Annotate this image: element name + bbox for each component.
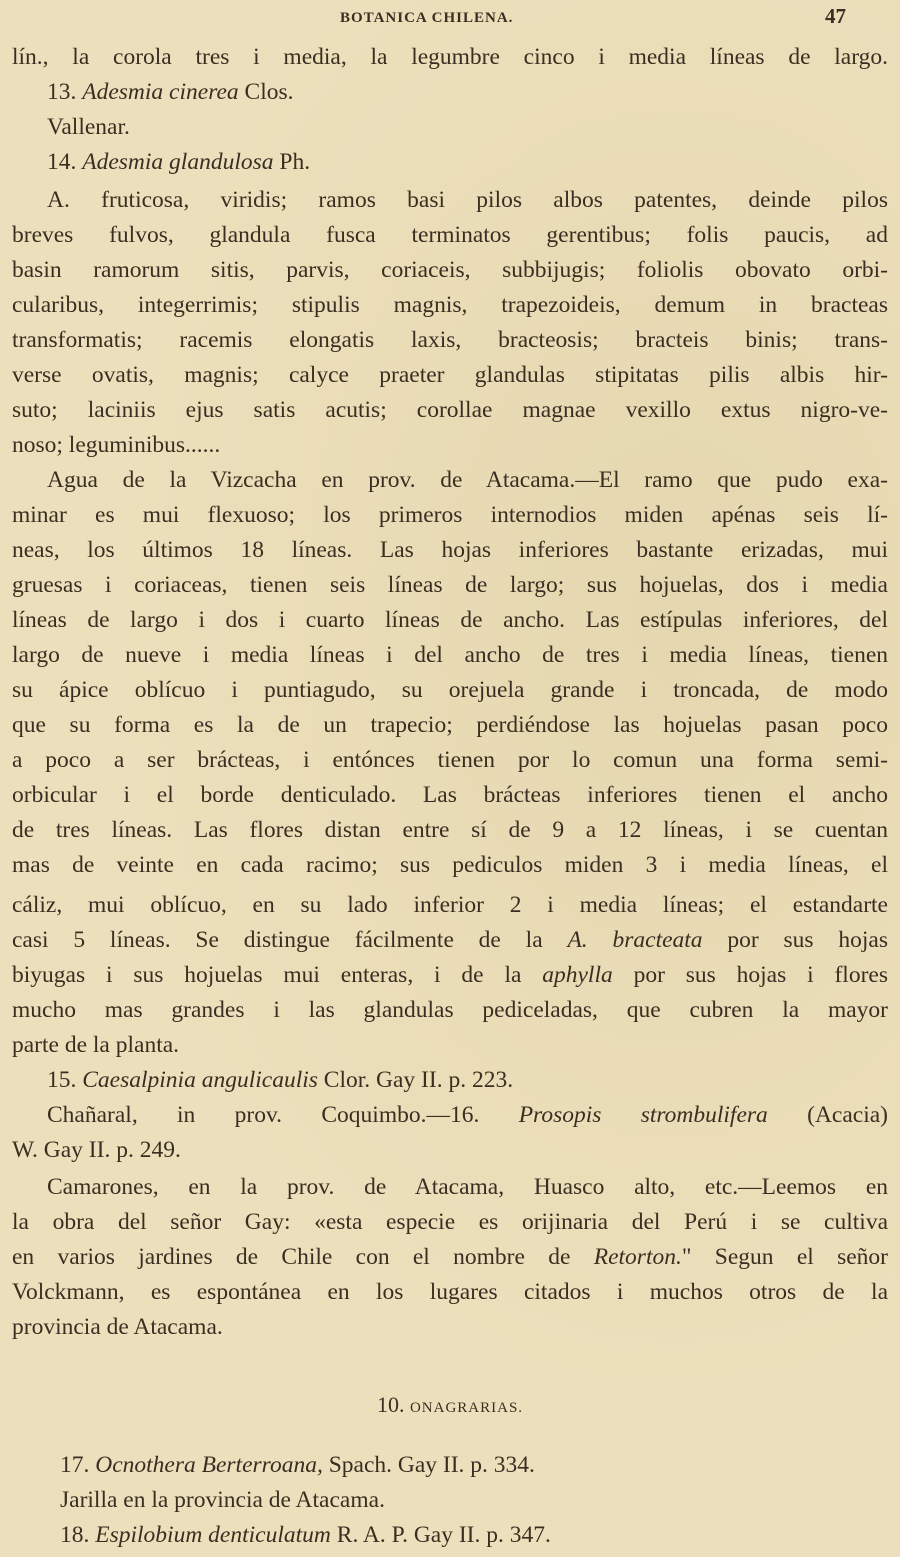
text-line: líneas de largo i dos i cuarto líneas de…	[12, 603, 888, 638]
text-line: noso; leguminibus......	[12, 428, 888, 463]
text-line: neas, los últimos 18 líneas. Las hojas i…	[12, 533, 888, 568]
text-line: largo de nueve i media líneas i del anch…	[12, 638, 888, 673]
species-entry-15: 15. Caesalpinia angulicaulis Clor. Gay I…	[47, 1063, 888, 1098]
text-line: de tres líneas. Las flores distan entre …	[12, 813, 888, 848]
text-line: gruesas i coriaceas, tienen seis líneas …	[12, 568, 888, 603]
text-line: mas de veinte en cada racimo; sus pedicu…	[12, 848, 888, 883]
running-title: BOTANICA CHILENA.	[340, 10, 513, 27]
text-line: basin ramorum sitis, parvis, coriaceis, …	[12, 253, 888, 288]
document-page: BOTANICA CHILENA. 47 lín., la corola tre…	[0, 0, 900, 1557]
text-line: A. fruticosa, viridis; ramos basi pilos …	[47, 183, 888, 218]
text-line: cáliz, mui oblícuo, en su lado inferior …	[12, 888, 888, 923]
species-entry-17: 17. Ocnothera Berterroana, Spach. Gay II…	[60, 1448, 900, 1483]
text-line: la obra del señor Gay: «esta especie es …	[12, 1205, 888, 1240]
species-entry-18: 18. Espilobium denticulatum R. A. P. Gay…	[60, 1518, 900, 1553]
locality-line: Jarilla en la provincia de Atacama.	[60, 1483, 900, 1518]
text-line: Camarones, en la prov. de Atacama, Huasc…	[47, 1170, 888, 1205]
text-line: casi 5 líneas. Se distingue fácilmente d…	[12, 923, 888, 958]
running-header: BOTANICA CHILENA. 47	[0, 4, 900, 30]
text-line: mucho mas grandes i las glandulas pedice…	[12, 993, 888, 1028]
text-line: Volckmann, es espontánea en los lugares …	[12, 1275, 888, 1310]
text-line: transformatis; racemis elongatis laxis, …	[12, 323, 888, 358]
text-line: minar es mui flexuoso; los primeros inte…	[12, 498, 888, 533]
text-line: orbicular i el borde denticulado. Las br…	[12, 778, 888, 813]
page-number: 47	[825, 4, 846, 29]
text-line: breves fulvos, glandula fusca terminatos…	[12, 218, 888, 253]
text-line: parte de la planta.	[12, 1028, 888, 1063]
text-line: W. Gay II. p. 249.	[12, 1133, 888, 1168]
text-line: su ápice oblícuo i puntiagudo, su orejue…	[12, 673, 888, 708]
locality-line: Vallenar.	[47, 110, 888, 145]
text-line: Agua de la Vizcacha en prov. de Atacama.…	[47, 463, 888, 498]
species-entry-14: 14. Adesmia glandulosa Ph.	[47, 145, 888, 180]
text-line: verse ovatis, magnis; calyce praeter gla…	[12, 358, 888, 393]
text-line: que su forma es la de un trapecio; perdi…	[12, 708, 888, 743]
text-line: suto; laciniis ejus satis acutis; coroll…	[12, 393, 888, 428]
text-line: provincia de Atacama.	[12, 1310, 888, 1345]
text-line: lín., la corola tres i media, la legumbr…	[12, 40, 888, 75]
section-heading: 10. ONAGRARIAS.	[0, 1392, 900, 1418]
species-entry-16: Chañaral, in prov. Coquimbo.—16. Prosopi…	[47, 1098, 888, 1133]
text-line: cularibus, integerrimis; stipulis magnis…	[12, 288, 888, 323]
text-line: biyugas i sus hojuelas mui enteras, i de…	[12, 958, 888, 993]
text-line: en varios jardines de Chile con el nombr…	[12, 1240, 888, 1275]
text-line: a poco a ser brácteas, i entónces tienen…	[12, 743, 888, 778]
species-entry-13: 13. Adesmia cinerea Clos.	[47, 75, 888, 110]
